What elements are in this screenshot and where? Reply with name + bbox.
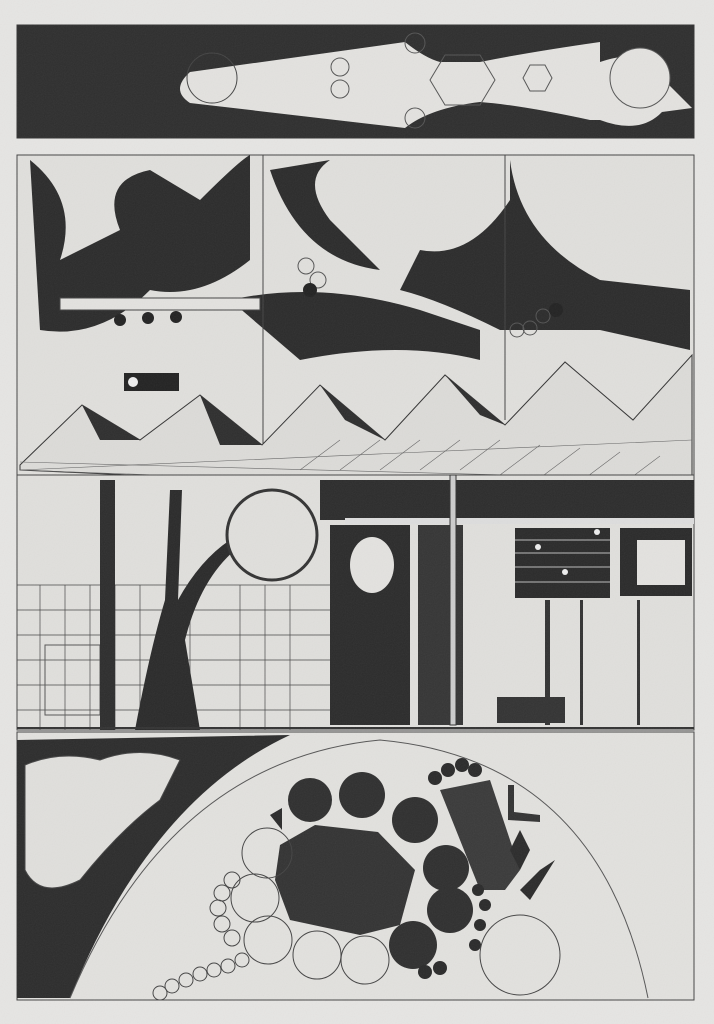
pencil-drawing: [0, 0, 714, 1024]
